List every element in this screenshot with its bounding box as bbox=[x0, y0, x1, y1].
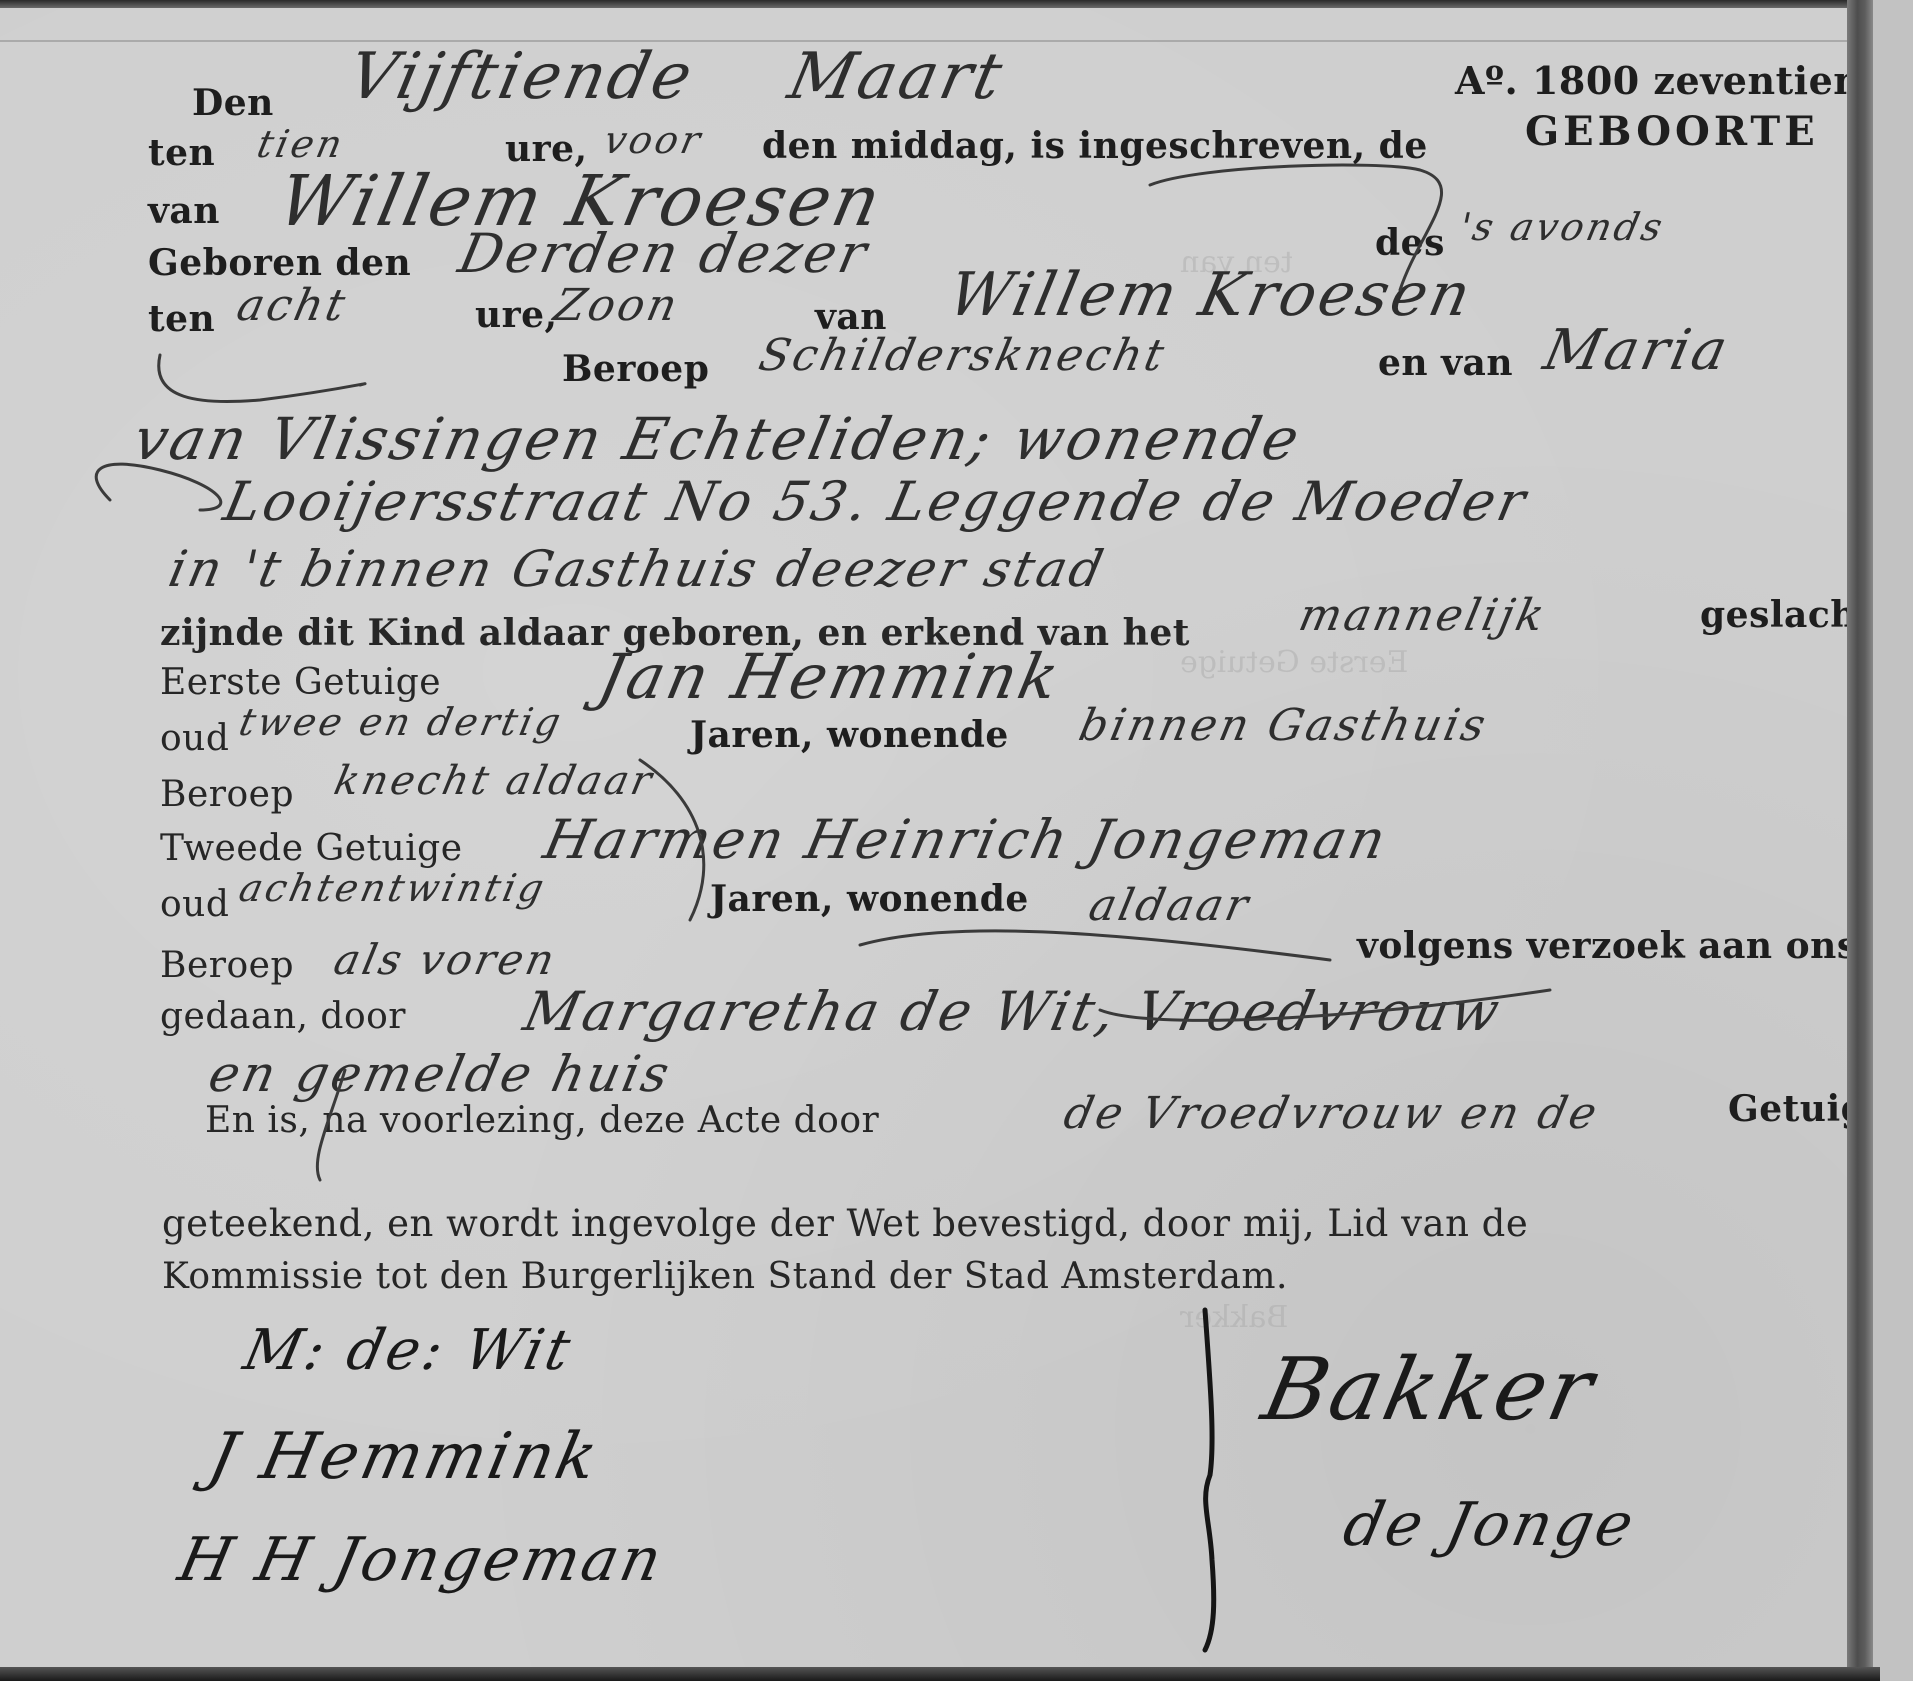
adjacent-page-edge bbox=[1873, 0, 1913, 1681]
signature-de-jonge: de Jonge bbox=[1338, 1490, 1643, 1560]
hand-son: Zoon bbox=[550, 280, 685, 331]
label-year: Aº. 1800 zeventien, bbox=[1455, 58, 1875, 103]
label-ten-2: ten bbox=[148, 298, 215, 340]
hand-day: Vijftiende bbox=[342, 40, 701, 114]
hand-witness1-name: Jan Hemmink bbox=[592, 640, 1068, 713]
label-tweede-getuige: Tweede Getuige bbox=[160, 828, 463, 869]
signature-de-wit: M: de: Wit bbox=[238, 1318, 578, 1383]
hand-mother-first: Maria bbox=[1538, 318, 1736, 383]
hand-birth-hour: acht bbox=[233, 280, 353, 331]
label-jaren-wonende-2: Jaren, wonende bbox=[710, 878, 1029, 920]
hand-witness2-residence: aldaar bbox=[1085, 880, 1256, 931]
signature-jongeman: H H Jongeman bbox=[173, 1525, 671, 1595]
label-volgens: volgens verzoek aan ons bbox=[1357, 925, 1858, 967]
label-oud-2: oud bbox=[160, 884, 229, 925]
hand-witness1-residence: binnen Gasthuis bbox=[1075, 700, 1493, 751]
label-geteekend: geteekend, en wordt ingevolge der Wet be… bbox=[162, 1202, 1528, 1245]
label-beroep-2: Beroep bbox=[160, 774, 294, 815]
label-des: des bbox=[1375, 222, 1445, 264]
signature-hemmink: J Hemmink bbox=[202, 1420, 606, 1494]
hand-witness2-occupation: als voren bbox=[330, 935, 562, 984]
signature-bakker: Bakker bbox=[1254, 1340, 1604, 1440]
hand-witness2-age: achtentwintig bbox=[235, 866, 550, 910]
page-bottom-edge bbox=[0, 1667, 1880, 1681]
hand-witness1-occupation: knecht aldaar bbox=[330, 758, 658, 804]
label-den: Den bbox=[192, 82, 274, 124]
label-beroep-3: Beroep bbox=[160, 945, 294, 986]
hand-witness2-name: Harmen Heinrich Jongeman bbox=[538, 808, 1394, 871]
label-geboren-den: Geboren den bbox=[148, 242, 411, 284]
hand-sex: mannelijk bbox=[1295, 590, 1552, 641]
document-scan: ten van Eerste Getuige Bakker Den Vijfti… bbox=[0, 0, 1913, 1681]
label-en-van: en van bbox=[1378, 342, 1513, 384]
label-gedaan-door: gedaan, door bbox=[160, 996, 406, 1037]
label-jaren-wonende: Jaren, wonende bbox=[690, 714, 1009, 756]
book-binding-gutter bbox=[1847, 0, 1873, 1681]
label-geboorte: GEBOORTE bbox=[1525, 108, 1819, 155]
label-kommissie: Kommissie tot den Burgerlijken Stand der… bbox=[162, 1256, 1288, 1297]
hand-mother-line: van Vlissingen Echteliden; wonende bbox=[128, 405, 1308, 473]
label-beroep: Beroep bbox=[562, 348, 709, 390]
label-en-is: En is, na voorlezing, deze Acte door bbox=[205, 1100, 879, 1141]
label-van: van bbox=[148, 190, 220, 232]
hand-address: Looijersstraat No 53. Leggende de Moeder bbox=[218, 470, 1533, 533]
label-ten: ten bbox=[148, 132, 215, 174]
hand-father: Willem Kroesen bbox=[943, 260, 1480, 330]
hand-father-occupation: Schildersknecht bbox=[755, 330, 1172, 381]
hand-signed-by: de Vroedvrouw en de bbox=[1060, 1088, 1604, 1139]
hand-witness1-age: twee en dertig bbox=[235, 700, 567, 744]
hand-birth-date: Derden dezer bbox=[453, 222, 875, 285]
bleed-through-text: Bakker bbox=[1180, 1300, 1288, 1335]
hand-declarant-2: en gemelde huis bbox=[204, 1045, 677, 1103]
hand-declarant: Margaretha de Wit, Vroedvrouw bbox=[518, 980, 1507, 1043]
hand-address-2: in 't binnen Gasthuis deezer stad bbox=[164, 540, 1111, 598]
hand-evening: 's avonds bbox=[1455, 205, 1669, 249]
hand-voor: voor bbox=[600, 118, 707, 162]
hand-month: Maart bbox=[782, 40, 1011, 114]
label-oud: oud bbox=[160, 718, 229, 759]
page-top-edge bbox=[0, 0, 1913, 8]
bleed-through-text: Eerste Getuige bbox=[1180, 645, 1408, 680]
label-eerste-getuige: Eerste Getuige bbox=[160, 662, 441, 703]
label-ure-2: ure, bbox=[475, 294, 558, 336]
